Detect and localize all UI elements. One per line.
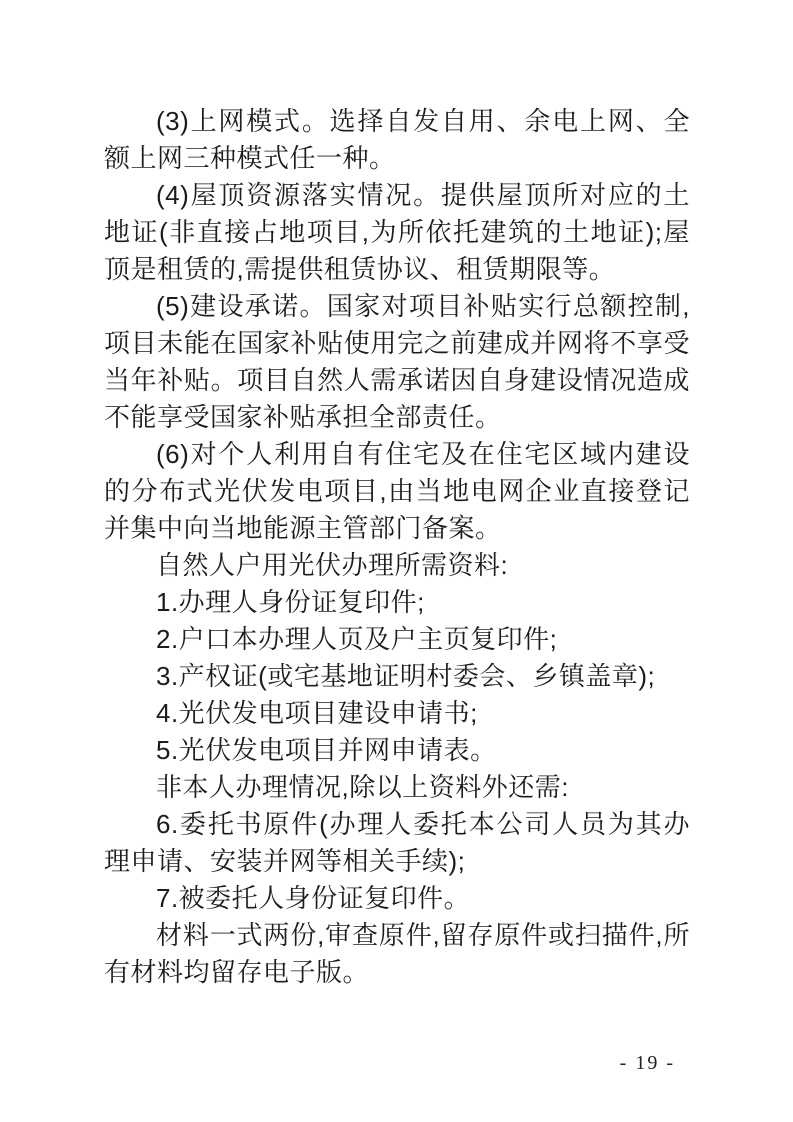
paragraph: (6)对个人利用自有住宅及在住宅区域内建设的分布式光伏发电项目,由当地电网企业直… <box>104 436 690 547</box>
paragraph: 3.产权证(或宅基地证明村委会、乡镇盖章); <box>104 658 690 695</box>
paragraph: 7.被委托人身份证复印件。 <box>104 880 690 917</box>
paragraph: (3)上网模式。选择自发自用、余电上网、全额上网三种模式任一种。 <box>104 103 690 177</box>
paragraph: 5.光伏发电项目并网申请表。 <box>104 732 690 769</box>
paragraph: 2.户口本办理人页及户主页复印件; <box>104 621 690 658</box>
paragraph: (5)建设承诺。国家对项目补贴实行总额控制,项目未能在国家补贴使用完之前建成并网… <box>104 288 690 436</box>
paragraph: 非本人办理情况,除以上资料外还需: <box>104 769 690 806</box>
paragraph: (4)屋顶资源落实情况。提供屋顶所对应的土地证(非直接占地项目,为所依托建筑的土… <box>104 177 690 288</box>
document-body: (3)上网模式。选择自发自用、余电上网、全额上网三种模式任一种。(4)屋顶资源落… <box>104 103 690 991</box>
paragraph: 材料一式两份,审查原件,留存原件或扫描件,所有材料均留存电子版。 <box>104 917 690 991</box>
paragraph: 6.委托书原件(办理人委托本公司人员为其办理申请、安装并网等相关手续); <box>104 806 690 880</box>
paragraph: 自然人户用光伏办理所需资料: <box>104 547 690 584</box>
paragraph: 1.办理人身份证复印件; <box>104 584 690 621</box>
document-page: (3)上网模式。选择自发自用、余电上网、全额上网三种模式任一种。(4)屋顶资源落… <box>0 0 793 1122</box>
paragraph: 4.光伏发电项目建设申请书; <box>104 695 690 732</box>
page-number: - 19 - <box>620 1051 675 1075</box>
